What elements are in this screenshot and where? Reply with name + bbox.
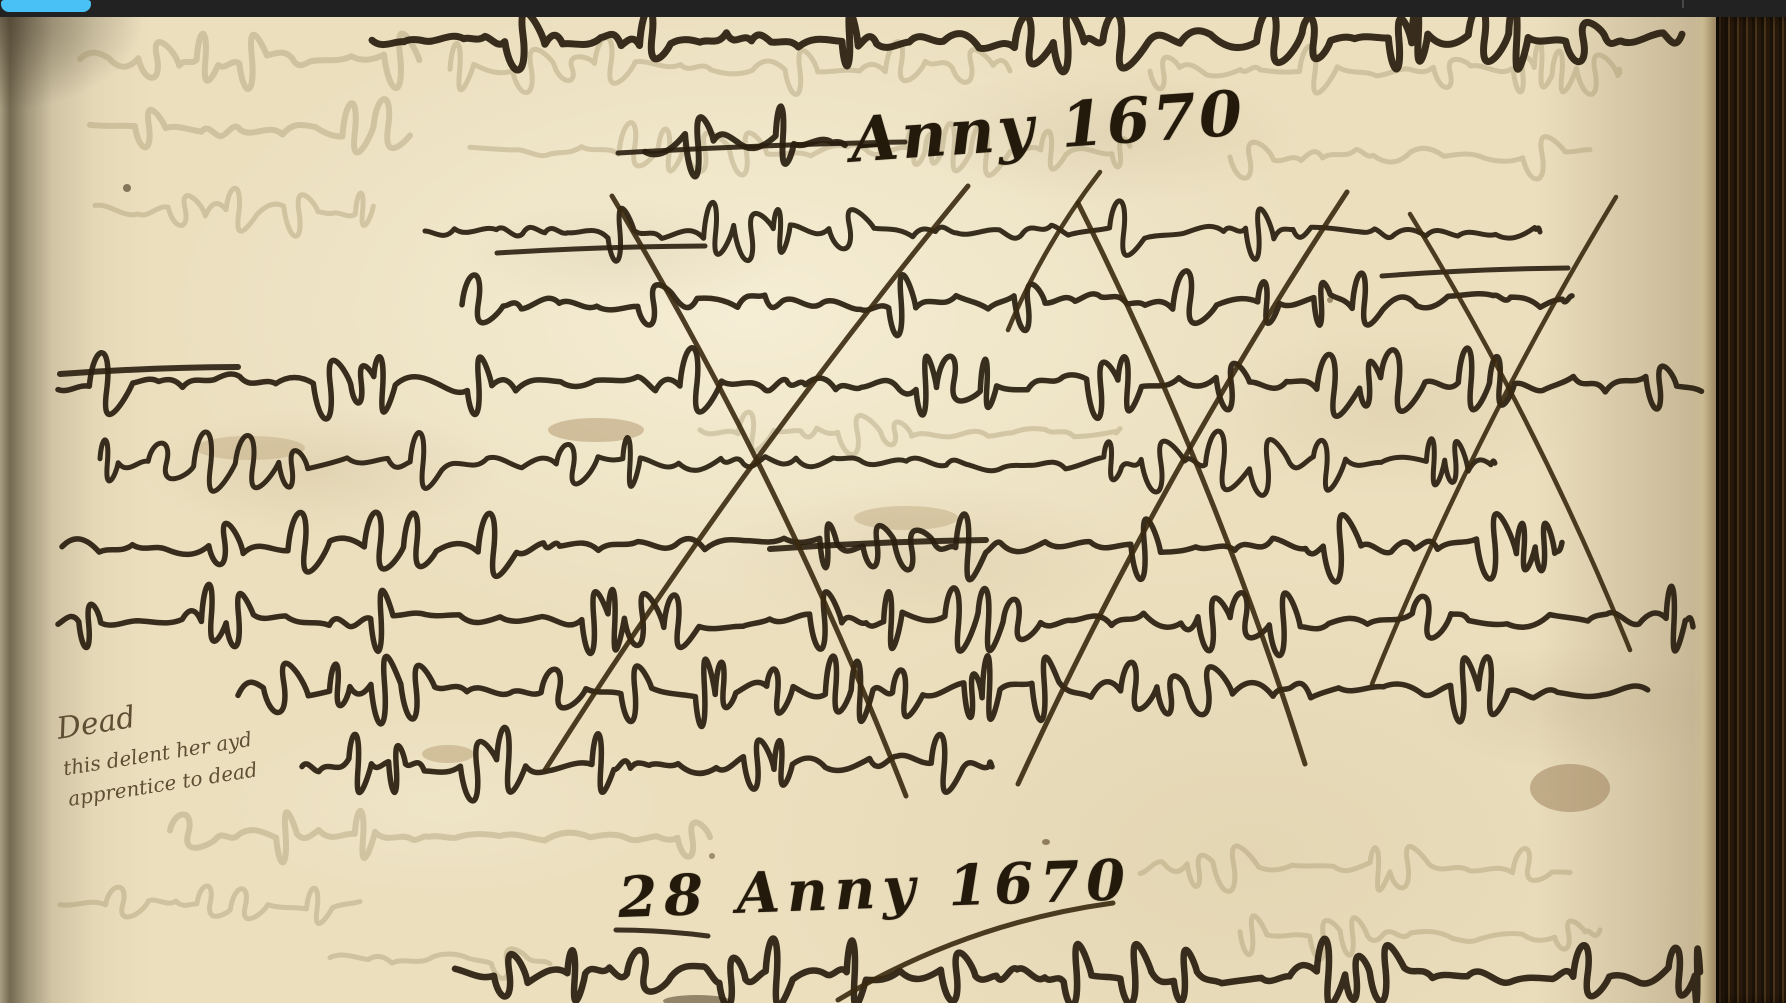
browser-top-bar xyxy=(0,0,1786,17)
ink-stain xyxy=(422,745,474,763)
handwritten-text-line xyxy=(58,584,1693,655)
top-bar-divider-tick xyxy=(1682,0,1684,8)
flourish-bar xyxy=(1382,268,1568,276)
bleedthrough-script-line xyxy=(90,99,410,152)
handwritten-text-line xyxy=(425,201,1540,261)
flourish-bar xyxy=(497,246,705,253)
handwritten-text-line xyxy=(100,431,1495,495)
ink-stain xyxy=(123,184,131,192)
bleedthrough-script-line xyxy=(170,811,710,863)
handwritten-text-line xyxy=(238,656,1648,727)
active-tab-fragment[interactable] xyxy=(1,0,91,12)
strikethrough-stroke xyxy=(1008,172,1100,330)
handwritten-text-line xyxy=(58,348,1702,419)
handwritten-text-line xyxy=(302,727,992,800)
handwritten-text-line xyxy=(462,271,1572,336)
bleedthrough-script-line xyxy=(450,38,1010,95)
ink-stain xyxy=(1042,839,1050,845)
bleedthrough-script-line xyxy=(95,188,373,236)
bleedthrough-script-line xyxy=(1140,846,1570,891)
ink-stain xyxy=(854,506,958,530)
flourish-bar xyxy=(60,367,238,374)
bleedthrough-script-line xyxy=(1230,137,1590,179)
ink-stain xyxy=(1530,764,1610,812)
strikethrough-stroke xyxy=(1018,192,1347,784)
bleedthrough-script-line xyxy=(80,34,419,89)
screenshot-root: Anny 1670 28 Anny 1670 Dead this delent … xyxy=(0,0,1786,1003)
bleedthrough-script-line xyxy=(60,886,360,923)
strikethrough-stroke xyxy=(1410,214,1630,650)
handwritten-text-line xyxy=(455,938,1700,1003)
ink-stain xyxy=(709,853,715,859)
bleedthrough-script-line xyxy=(1240,916,1600,959)
flourish-bar xyxy=(616,930,708,936)
